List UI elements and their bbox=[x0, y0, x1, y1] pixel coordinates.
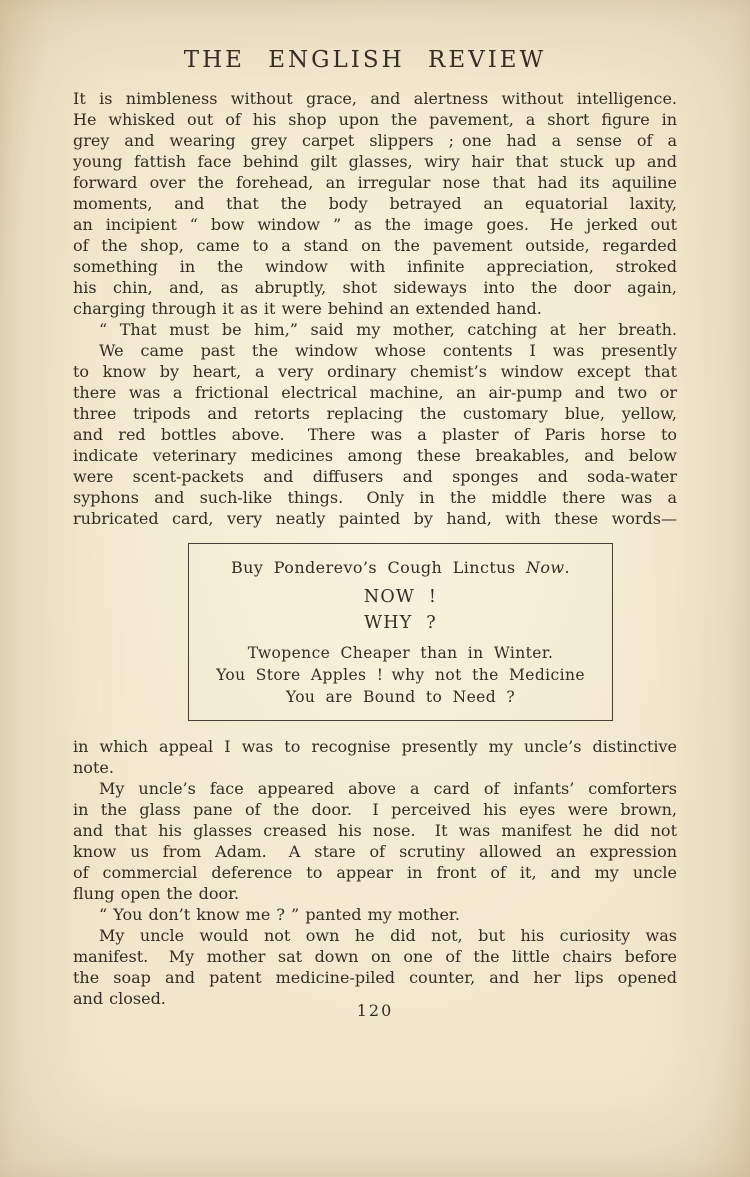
paragraph: We came past the window whose contents I… bbox=[73, 340, 677, 529]
text-line: young fattish face behind gilt glasses, … bbox=[73, 151, 677, 172]
text-line: It is nimbleness without grace, and aler… bbox=[73, 88, 677, 109]
advert-text: . bbox=[565, 558, 571, 577]
advert-italic-text: Now bbox=[526, 558, 565, 577]
page-number: 120 bbox=[73, 1001, 677, 1020]
text-line: to know by heart, a very ordinary chemis… bbox=[73, 361, 677, 382]
advert-line: Buy Ponderevo’s Cough Linctus Now. bbox=[199, 560, 602, 576]
text-block-after-card: in which appeal I was to recognise prese… bbox=[73, 736, 677, 1009]
paragraph: “ That must be him,” said my mother, cat… bbox=[73, 319, 677, 340]
text-line: My uncle’s face appeared above a card of… bbox=[73, 778, 677, 799]
text-line: We came past the window whose contents I… bbox=[73, 340, 677, 361]
text-line: syphons and such-like things. Only in th… bbox=[73, 487, 677, 508]
text-line: flung open the door. bbox=[73, 883, 677, 904]
text-line: note. bbox=[73, 757, 677, 778]
page-title: THE ENGLISH REVIEW bbox=[63, 47, 667, 73]
advert-line: Twopence Cheaper than in Winter. bbox=[199, 642, 602, 664]
text-line: and red bottles above. There was a plast… bbox=[73, 424, 677, 445]
text-line: manifest. My mother sat down on one of t… bbox=[73, 946, 677, 967]
advert-text: You are Bound to Need ? bbox=[286, 688, 515, 706]
advert-line: You are Bound to Need ? bbox=[199, 686, 602, 708]
book-page: THE ENGLISH REVIEW It is nimbleness with… bbox=[0, 0, 750, 1177]
text-line: He whisked out of his shop upon the pave… bbox=[73, 109, 677, 130]
text-line: were scent-packets and diffusers and spo… bbox=[73, 466, 677, 487]
text-line: his chin, and, as abruptly, shot sideway… bbox=[73, 277, 677, 298]
text-line: there was a frictional electrical machin… bbox=[73, 382, 677, 403]
paragraph: “ You don’t know me ? ” panted my mother… bbox=[73, 904, 677, 925]
advert-line: WHY ? bbox=[199, 610, 602, 636]
advert-line: You Store Apples ! why not the Medicine bbox=[199, 664, 602, 686]
advert-text: Buy Ponderevo’s Cough Linctus bbox=[231, 558, 526, 577]
text-line: something in the window with infinite ap… bbox=[73, 256, 677, 277]
text-line: indicate veterinary medicines among thes… bbox=[73, 445, 677, 466]
text-line: of the shop, came to a stand on the pave… bbox=[73, 235, 677, 256]
text-line: three tripods and retorts replacing the … bbox=[73, 403, 677, 424]
text-line: of commercial deference to appear in fro… bbox=[73, 862, 677, 883]
body-text: It is nimbleness without grace, and aler… bbox=[73, 88, 677, 1009]
text-line: charging through it as it were behind an… bbox=[73, 298, 677, 319]
paragraph: It is nimbleness without grace, and aler… bbox=[73, 88, 677, 319]
text-line: forward over the forehead, an irregular … bbox=[73, 172, 677, 193]
text-line: an incipient “ bow window ” as the image… bbox=[73, 214, 677, 235]
advert-card: Buy Ponderevo’s Cough Linctus Now.NOW !W… bbox=[188, 543, 613, 721]
text-line: grey and wearing grey carpet slippers ; … bbox=[73, 130, 677, 151]
text-line: and that his glasses creased his nose. I… bbox=[73, 820, 677, 841]
paragraph: in which appeal I was to recognise prese… bbox=[73, 736, 677, 778]
advert-text: NOW ! bbox=[364, 587, 437, 607]
text-line: “ You don’t know me ? ” panted my mother… bbox=[73, 904, 677, 925]
advert-text: You Store Apples ! why not the Medicine bbox=[216, 666, 585, 684]
text-line: know us from Adam. A stare of scrutiny a… bbox=[73, 841, 677, 862]
text-line: in which appeal I was to recognise prese… bbox=[73, 736, 677, 757]
text-line: the soap and patent medicine-piled count… bbox=[73, 967, 677, 988]
advert-text: WHY ? bbox=[364, 613, 437, 633]
paragraph: My uncle’s face appeared above a card of… bbox=[73, 778, 677, 904]
paragraph: My uncle would not own he did not, but h… bbox=[73, 925, 677, 1009]
advert-line: NOW ! bbox=[199, 584, 602, 610]
text-line: in the glass pane of the door. I perceiv… bbox=[73, 799, 677, 820]
text-line: rubricated card, very neatly painted by … bbox=[73, 508, 677, 529]
advert-text: Twopence Cheaper than in Winter. bbox=[248, 644, 554, 662]
text-line: moments, and that the body betrayed an e… bbox=[73, 193, 677, 214]
text-line: “ That must be him,” said my mother, cat… bbox=[73, 319, 677, 340]
text-line: My uncle would not own he did not, but h… bbox=[73, 925, 677, 946]
text-block-before-card: It is nimbleness without grace, and aler… bbox=[73, 88, 677, 529]
